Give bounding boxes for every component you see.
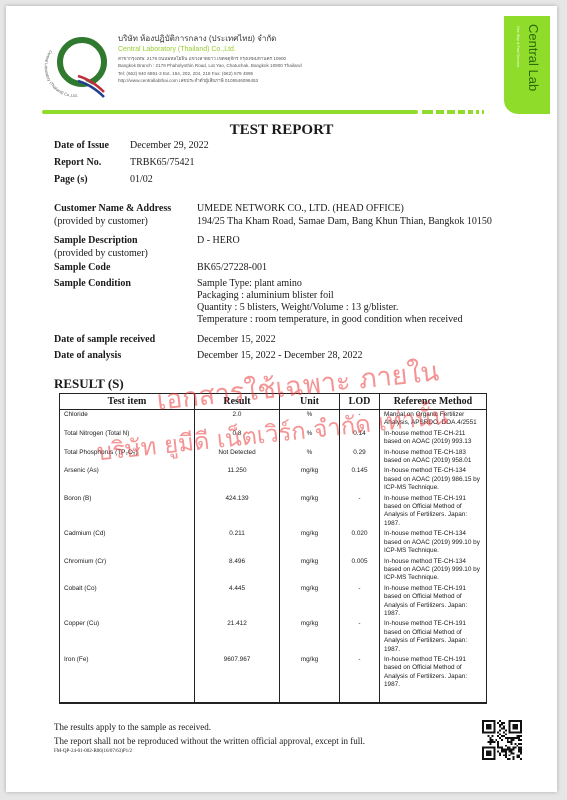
test-item-cell: Cobalt (Co) <box>60 584 195 620</box>
results-header-row: Test item Result Unit LOD Reference Meth… <box>60 394 487 410</box>
header-divider-dash <box>422 110 433 114</box>
date-received-label: Date of sample received <box>54 334 155 345</box>
result-cell: 8.496 <box>195 557 280 584</box>
header-divider-dash <box>476 110 479 114</box>
sample-condition-line: Packaging : aluminium blister foil <box>197 290 334 301</box>
unit-cell: % <box>280 410 340 429</box>
company-name-th: บริษัท ห้องปฏิบัติการกลาง (ประเทศไทย) จำ… <box>118 32 302 45</box>
result-cell: 424.139 <box>195 494 280 530</box>
footer-note-1: The results apply to the sample as recei… <box>54 722 211 732</box>
sample-code-label: Sample Code <box>54 262 110 273</box>
lod-cell: - <box>340 619 380 655</box>
header-divider-dash <box>458 110 465 114</box>
date-analysis-value: December 15, 2022 - December 28, 2022 <box>197 350 363 361</box>
table-row: Chromium (Cr)8.496mg/kg0.005In-house met… <box>60 557 487 584</box>
reference-method-cell: In-house method TE-CH-134 based on AOAC … <box>380 466 487 493</box>
qr-code-icon <box>482 720 522 760</box>
table-row: Copper (Cu)21.412mg/kg-In-house method T… <box>60 619 487 655</box>
table-row: Boron (B)424.139mg/kg-In-house method TE… <box>60 494 487 530</box>
result-cell: 2.0 <box>195 410 280 429</box>
result-cell: 0.211 <box>195 529 280 556</box>
date-of-issue-label: Date of Issue <box>54 140 109 151</box>
column-header: Reference Method <box>380 394 487 410</box>
reference-method-cell: Manual on Organic Fertilizer Analysis, A… <box>380 410 487 429</box>
customer-address: 194/25 Tha Kham Road, Samae Dam, Bang Kh… <box>197 216 492 227</box>
header-divider <box>42 110 418 114</box>
side-tab-subtitle: One Stop & Fast Services <box>516 26 520 67</box>
website-tax-id: http://www.centrallabthai.com เลขประจำตั… <box>118 77 302 84</box>
unit-cell: mg/kg <box>280 494 340 530</box>
table-row: Iron (Fe)9607.967mg/kg-In-house method T… <box>60 655 487 703</box>
table-row: Cadmium (Cd)0.211mg/kg0.020In-house meth… <box>60 529 487 556</box>
reference-method-cell: In-house method TE-CH-211 based on AOAC … <box>380 429 487 448</box>
header-divider-dash <box>436 110 444 114</box>
customer-name: UMEDE NETWORK CO., LTD. (HEAD OFFICE) <box>197 203 404 214</box>
report-no-label: Report No. <box>54 157 101 168</box>
header-divider-dash <box>447 110 455 114</box>
sample-condition-line: Quantity : 5 blisters, Weight/Volume : 1… <box>197 302 398 313</box>
lod-cell: 0.145 <box>340 466 380 493</box>
result-cell: 21.412 <box>195 619 280 655</box>
unit-cell: mg/kg <box>280 529 340 556</box>
sample-description-label: Sample Description <box>54 235 138 246</box>
address-en: Bangkok Branch : 2179 Phaholyothin Road,… <box>118 62 302 69</box>
tel-fax: Tel: (662) 940 6881-3 Ext. 164, 202, 204… <box>118 70 302 77</box>
table-row: Chloride2.0%-Manual on Organic Fertilize… <box>60 410 487 429</box>
table-row: Arsenic (As)11.250mg/kg0.145In-house met… <box>60 466 487 493</box>
test-report-page: Central Laboratory (Thailand) Co.,Ltd. บ… <box>6 6 557 792</box>
date-received-value: December 15, 2022 <box>197 334 276 345</box>
report-no-value: TRBK65/75421 <box>130 157 194 168</box>
lod-cell: - <box>340 584 380 620</box>
reference-method-cell: In-house method TE-CH-134 based on AOAC … <box>380 557 487 584</box>
company-name-en: Central Laboratory (Thailand) Co.,Ltd. <box>118 46 302 53</box>
date-analysis-label: Date of analysis <box>54 350 121 361</box>
reference-method-cell: In-house method TE-CH-191 based on Offic… <box>380 619 487 655</box>
table-row: Total Nitrogen (Total N)0.8%0.14In-house… <box>60 429 487 448</box>
unit-cell: mg/kg <box>280 584 340 620</box>
central-lab-side-tab: Central Lab One Stop & Fast Services <box>504 16 550 114</box>
pages-label: Page (s) <box>54 174 88 185</box>
table-row: Total Phosphorus (TP₂O₅)Not Detected%0.2… <box>60 448 487 467</box>
sample-code-value: BK65/27228-001 <box>197 262 267 273</box>
document-title: TEST REPORT <box>6 122 557 139</box>
test-item-cell: Arsenic (As) <box>60 466 195 493</box>
result-cell: 11.250 <box>195 466 280 493</box>
unit-cell: mg/kg <box>280 619 340 655</box>
result-cell: 4.445 <box>195 584 280 620</box>
customer-label: Customer Name & Address <box>54 203 171 214</box>
test-item-cell: Chloride <box>60 410 195 429</box>
result-cell: 9607.967 <box>195 655 280 703</box>
test-item-cell: Total Nitrogen (Total N) <box>60 429 195 448</box>
sample-description-value: D - HERO <box>197 235 240 246</box>
lod-cell: - <box>340 410 380 429</box>
unit-cell: mg/kg <box>280 466 340 493</box>
form-code: FM-QP-24-01-002-R06(16/07/63)P1/2 <box>54 749 132 754</box>
lod-cell: 0.005 <box>340 557 380 584</box>
reference-method-cell: In-house method TE-CH-191 based on Offic… <box>380 584 487 620</box>
sample-description-sub-label: (provided by customer) <box>54 248 148 259</box>
column-header: Unit <box>280 394 340 410</box>
result-cell: Not Detected <box>195 448 280 467</box>
test-item-cell: Cadmium (Cd) <box>60 529 195 556</box>
column-header: Result <box>195 394 280 410</box>
address-th: สาขากรุงเทพ: 2179 ถนนพหลโยธิน แขวงลาดยาว… <box>118 55 302 62</box>
date-of-issue-value: December 29, 2022 <box>130 140 209 151</box>
column-header: LOD <box>340 394 380 410</box>
table-row: Cobalt (Co)4.445mg/kg-In-house method TE… <box>60 584 487 620</box>
reference-method-cell: In-house method TE-CH-191 based on Offic… <box>380 494 487 530</box>
unit-cell: % <box>280 448 340 467</box>
sample-condition-line: Sample Type: plant amino <box>197 278 302 289</box>
lod-cell: - <box>340 494 380 530</box>
company-info: บริษัท ห้องปฏิบัติการกลาง (ประเทศไทย) จำ… <box>118 32 302 84</box>
side-tab-title: Central Lab <box>526 24 541 91</box>
unit-cell: mg/kg <box>280 655 340 703</box>
unit-cell: mg/kg <box>280 557 340 584</box>
header-divider-dash <box>468 110 473 114</box>
lod-cell: - <box>340 655 380 703</box>
footer-note-2: The report shall not be reproduced witho… <box>54 736 365 746</box>
test-item-cell: Chromium (Cr) <box>60 557 195 584</box>
sample-condition-line: Temperature : room temperature, in good … <box>197 314 463 325</box>
test-item-cell: Total Phosphorus (TP₂O₅) <box>60 448 195 467</box>
lod-cell: 0.020 <box>340 529 380 556</box>
test-item-cell: Copper (Cu) <box>60 619 195 655</box>
central-lab-logo-icon: Central Laboratory (Thailand) Co.,Ltd. <box>42 30 112 100</box>
results-table: Test item Result Unit LOD Reference Meth… <box>59 393 487 704</box>
lod-cell: 0.14 <box>340 429 380 448</box>
header-divider-dash <box>482 110 484 114</box>
reference-method-cell: In-house method TE-CH-183 based on AOAC … <box>380 448 487 467</box>
sample-condition-label: Sample Condition <box>54 278 131 289</box>
test-item-cell: Boron (B) <box>60 494 195 530</box>
column-header: Test item <box>60 394 195 410</box>
reference-method-cell: In-house method TE-CH-134 based on AOAC … <box>380 529 487 556</box>
customer-sub-label: (provided by customer) <box>54 216 148 227</box>
pages-value: 01/02 <box>130 174 153 185</box>
results-heading: RESULT (S) <box>54 376 124 392</box>
unit-cell: % <box>280 429 340 448</box>
result-cell: 0.8 <box>195 429 280 448</box>
reference-method-cell: In-house method TE-CH-191 based on Offic… <box>380 655 487 703</box>
lod-cell: 0.29 <box>340 448 380 467</box>
test-item-cell: Iron (Fe) <box>60 655 195 703</box>
